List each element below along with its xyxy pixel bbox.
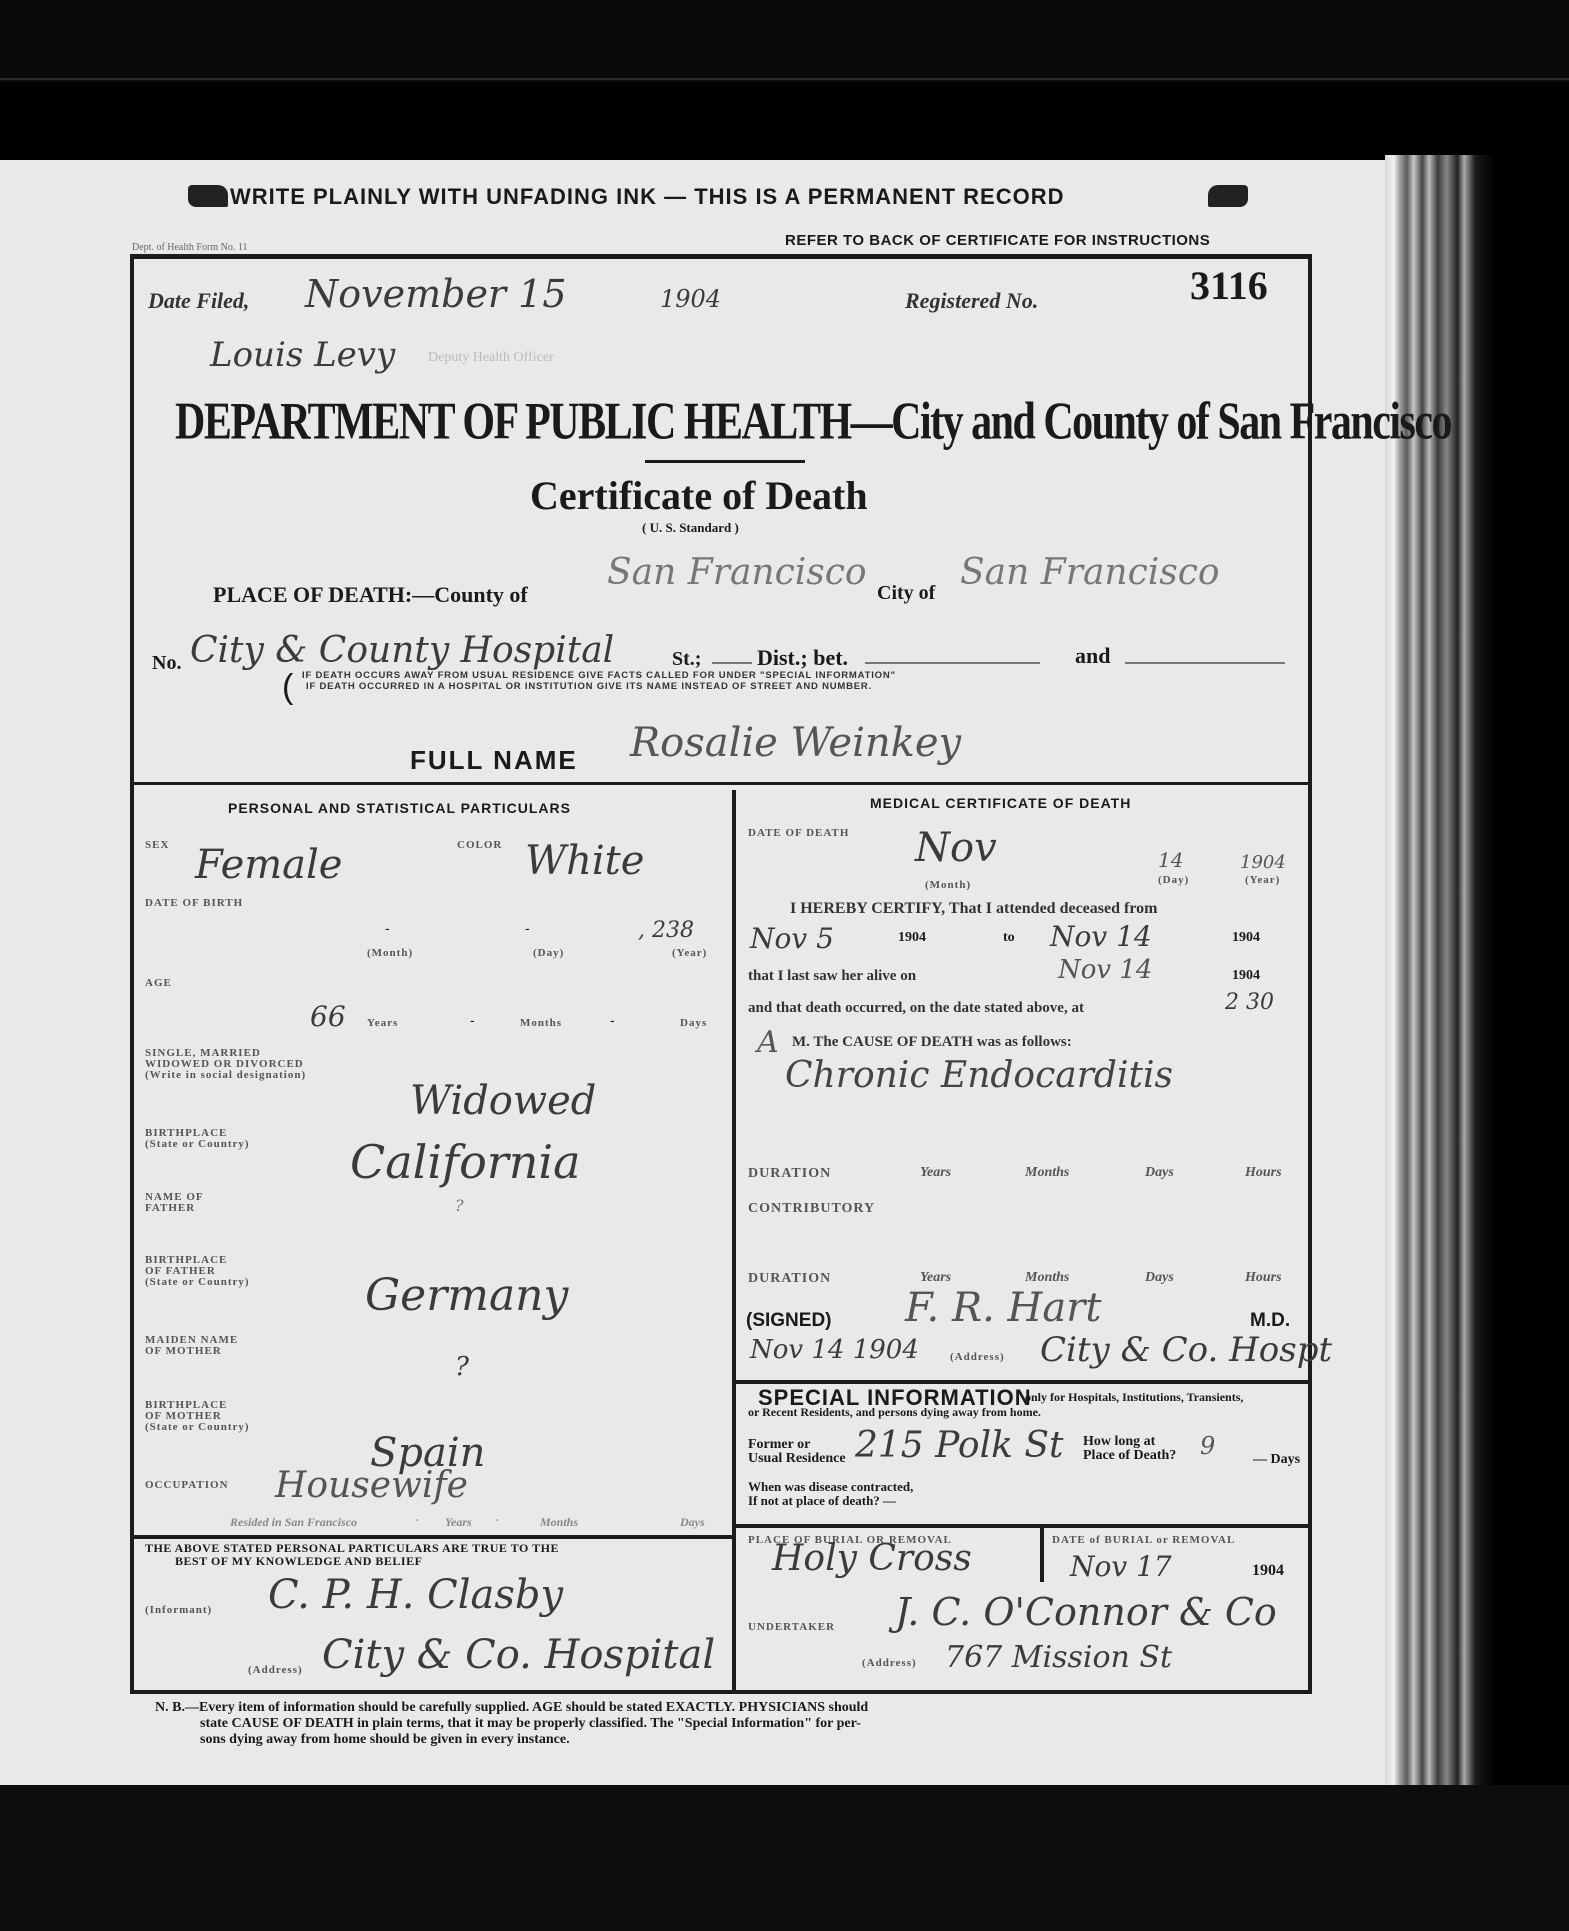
- instructions-note: REFER TO BACK OF CERTIFICATE FOR INSTRUC…: [785, 232, 1210, 249]
- residence-value: 215 Polk St: [855, 1425, 1064, 1466]
- burial-date-label: DATE of BURIAL or REMOVAL: [1052, 1535, 1235, 1546]
- place-note-line-1: IF DEATH OCCURS AWAY FROM USUAL RESIDENC…: [302, 670, 896, 681]
- howlong-days-label: — Days: [1253, 1452, 1300, 1468]
- father-birthplace-label-3: (State or Country): [145, 1277, 250, 1288]
- blank-line: [1125, 662, 1285, 664]
- footer-note: N. B.—Every item of information should b…: [155, 1700, 868, 1748]
- informant-statement-2: BEST OF MY KNOWLEDGE AND BELIEF: [145, 1555, 559, 1568]
- place-note-line-2: IF DEATH OCCURRED IN A HOSPITAL OR INSTI…: [302, 681, 896, 692]
- date-filed-label: Date Filed,: [148, 288, 249, 314]
- full-name-value: Rosalie Weinkey: [630, 720, 961, 766]
- banner-text: WRITE PLAINLY WITH UNFADING INK — THIS I…: [230, 184, 1065, 210]
- pointing-hand-icon: [1208, 185, 1248, 207]
- date-filed-value: November 15: [305, 272, 567, 316]
- sex-value: Female: [195, 842, 342, 888]
- footer-note-1: N. B.—Every item of information should b…: [155, 1700, 868, 1716]
- divider: [134, 1535, 732, 1539]
- physician-address-label: (Address): [950, 1352, 1005, 1363]
- footer-note-3: sons dying away from home should be give…: [155, 1732, 868, 1748]
- duration-days-label: Days: [1145, 1165, 1174, 1181]
- undertaker-address: 767 Mission St: [945, 1640, 1172, 1675]
- residence-label: Former or Usual Residence: [748, 1438, 846, 1466]
- registered-number: 3116: [1190, 262, 1268, 309]
- residence-label-2: Usual Residence: [748, 1452, 846, 1466]
- color-value: White: [525, 838, 644, 884]
- pointing-hand-icon: [188, 185, 228, 207]
- physician-signature: F. R. Hart: [905, 1285, 1101, 1331]
- attended-to: Nov 14: [1050, 920, 1152, 953]
- last-saw-year: 1904: [1232, 968, 1260, 984]
- scanner-bottom-edge: [0, 1785, 1569, 1931]
- duration-years-label-2: Years: [920, 1270, 951, 1286]
- birthplace-label: BIRTHPLACE (State or Country): [145, 1128, 250, 1150]
- day-label: (Day): [533, 948, 564, 959]
- us-standard: ( U. S. Standard ): [642, 520, 739, 536]
- address-value: City & County Hospital: [190, 630, 614, 671]
- mother-name-value: ?: [455, 1352, 469, 1382]
- attended-from: Nov 5: [750, 922, 834, 955]
- death-day: 14: [1158, 848, 1183, 872]
- title-divider: [645, 460, 805, 463]
- mother-birthplace-label: BIRTHPLACE OF MOTHER (State or Country): [145, 1400, 250, 1433]
- mother-name-label: MAIDEN NAME OF MOTHER: [145, 1335, 238, 1357]
- special-heading-small: only for Hospitals, Institutions, Transi…: [1025, 1390, 1243, 1405]
- duration-label: DURATION: [748, 1168, 831, 1179]
- death-day-label: (Day): [1158, 875, 1189, 886]
- mother-name-label-2: OF MOTHER: [145, 1346, 238, 1357]
- footer-note-2: state CAUSE OF DEATH in plain terms, tha…: [155, 1716, 868, 1732]
- md-label: M.D.: [1250, 1310, 1290, 1332]
- howlong-label-1: How long at: [1083, 1435, 1176, 1449]
- registered-label: Registered No.: [905, 288, 1038, 314]
- last-saw-date: Nov 14: [1058, 955, 1152, 985]
- howlong-label: How long at Place of Death?: [1083, 1435, 1176, 1463]
- signed-date: Nov 14 1904: [750, 1335, 919, 1365]
- contracted-label: When was disease contracted, If not at p…: [748, 1480, 913, 1508]
- divider: [736, 1524, 1308, 1528]
- resided-months: -: [495, 1512, 499, 1526]
- age-years-label: Years: [367, 1018, 398, 1029]
- undertaker-label: UNDERTAKER: [748, 1622, 835, 1633]
- death-month-label: (Month): [925, 880, 971, 891]
- age-days-label: Days: [680, 1018, 707, 1029]
- father-name-value: ?: [455, 1196, 464, 1215]
- dob-month: -: [385, 920, 390, 936]
- divider: [736, 1380, 1308, 1384]
- death-year: 1904: [1240, 852, 1286, 873]
- medical-heading: MEDICAL CERTIFICATE OF DEATH: [870, 795, 1131, 811]
- contributory-label: CONTRIBUTORY: [748, 1203, 875, 1214]
- occupation-value: Housewife: [275, 1465, 468, 1506]
- st-label: St.;: [672, 648, 701, 671]
- duration-months-label-2: Months: [1025, 1270, 1069, 1286]
- divider: [134, 782, 1308, 785]
- resided-label: Resided in San Francisco: [230, 1515, 357, 1530]
- resided-days-label: Days: [680, 1515, 705, 1530]
- burial-year: 1904: [1252, 1562, 1284, 1580]
- father-birthplace-label: BIRTHPLACE OF FATHER (State or Country): [145, 1255, 250, 1288]
- duration-label-2: DURATION: [748, 1273, 831, 1284]
- blank-line: [865, 662, 1040, 664]
- duration-days-label-2: Days: [1145, 1270, 1174, 1286]
- father-birthplace-value: Germany: [365, 1270, 568, 1321]
- mother-birthplace-label-3: (State or Country): [145, 1422, 250, 1433]
- contracted-label-2: If not at place of death? —: [748, 1494, 913, 1508]
- dob-year: , 238: [638, 918, 694, 943]
- father-name-label: NAME OF FATHER: [145, 1192, 204, 1214]
- marital-value: Widowed: [410, 1078, 596, 1124]
- signed-label: (SIGNED): [746, 1310, 832, 1332]
- date-of-death-label: DATE OF DEATH: [748, 828, 849, 839]
- scanner-top-edge: [0, 0, 1569, 82]
- color-label: COLOR: [457, 840, 502, 851]
- age-years: 66: [310, 1000, 346, 1033]
- date-filed-year: 1904: [660, 285, 721, 313]
- city-label: City of: [877, 582, 935, 605]
- duration-hours-label: Hours: [1245, 1165, 1282, 1181]
- resided-years: -: [415, 1512, 419, 1526]
- county-value: San Francisco: [607, 552, 867, 593]
- informant-address-label: (Address): [248, 1665, 303, 1676]
- place-note: IF DEATH OCCURS AWAY FROM USUAL RESIDENC…: [302, 670, 896, 692]
- informant-label: (Informant): [145, 1605, 212, 1616]
- year-label: (Year): [672, 948, 707, 959]
- occurred-text: and that death occurred, on the date sta…: [748, 1000, 1084, 1017]
- age-label: AGE: [145, 978, 172, 989]
- duration-months-label: Months: [1025, 1165, 1069, 1181]
- certificate-title: Certificate of Death: [530, 472, 868, 519]
- undertaker-address-label: (Address): [862, 1658, 917, 1669]
- age-months: -: [470, 1012, 475, 1028]
- birthplace-value: California: [350, 1135, 581, 1189]
- am-pm: A: [757, 1025, 779, 1060]
- place-of-death-label: PLACE OF DEATH:—County of: [213, 582, 528, 608]
- certify-text: I HEREBY CERTIFY, That I attended deceas…: [790, 900, 1157, 918]
- howlong-label-2: Place of Death?: [1083, 1449, 1176, 1463]
- registrar-signature: Louis Levy: [210, 335, 395, 375]
- and-label: and: [1075, 643, 1110, 669]
- city-value: San Francisco: [960, 552, 1220, 593]
- physician-address: City & Co. Hospt: [1040, 1330, 1332, 1370]
- marital-label: SINGLE, MARRIED WIDOWED OR DIVORCED (Wri…: [145, 1048, 306, 1081]
- burial-divider: [1040, 1527, 1044, 1582]
- undertaker-name: J. C. O'Connor & Co: [895, 1590, 1277, 1634]
- resided-months-label: Months: [540, 1515, 578, 1530]
- contracted-label-1: When was disease contracted,: [748, 1480, 913, 1494]
- howlong-value: 9: [1200, 1432, 1215, 1460]
- no-label: No.: [152, 652, 181, 675]
- last-saw-text: that I last saw her alive on: [748, 968, 916, 985]
- birthplace-label-2: (State or Country): [145, 1139, 250, 1150]
- death-month: Nov: [915, 825, 997, 871]
- residence-label-1: Former or: [748, 1438, 846, 1452]
- age-months-label: Months: [520, 1018, 562, 1029]
- cause-of-death: Chronic Endocarditis: [785, 1055, 1173, 1096]
- blank-line: [712, 662, 752, 664]
- burial-date: Nov 17: [1070, 1550, 1172, 1583]
- attended-from-year: 1904: [898, 930, 926, 946]
- month-label: (Month): [367, 948, 413, 959]
- column-divider: [732, 790, 736, 1690]
- sex-label: SEX: [145, 840, 169, 851]
- burial-place: Holy Cross: [772, 1538, 972, 1579]
- printer-line: Dept. of Health Form No. 11: [132, 242, 247, 253]
- cause-text: M. The CAUSE OF DEATH was as follows:: [792, 1034, 1072, 1051]
- age-days: -: [610, 1012, 615, 1028]
- marital-label-3: (Write in social designation): [145, 1070, 306, 1081]
- personal-heading: PERSONAL AND STATISTICAL PARTICULARS: [228, 800, 571, 816]
- department-title: DEPARTMENT OF PUBLIC HEALTH—City and Cou…: [175, 392, 1451, 452]
- time-of-death: 2 30: [1225, 990, 1274, 1015]
- informant-address: City & Co. Hospital: [322, 1632, 715, 1678]
- informant-name: C. P. H. Clasby: [268, 1572, 563, 1618]
- registrar-title: Deputy Health Officer: [428, 350, 554, 366]
- note-bracket: (: [282, 668, 293, 707]
- dob-day: -: [525, 920, 530, 936]
- special-heading-line2: or Recent Residents, and persons dying a…: [748, 1405, 1041, 1420]
- informant-statement: THE ABOVE STATED PERSONAL PARTICULARS AR…: [145, 1542, 559, 1568]
- dist-label: Dist.; bet.: [757, 645, 848, 671]
- duration-hours-label-2: Hours: [1245, 1270, 1282, 1286]
- to-label: to: [1003, 930, 1015, 946]
- death-year-label: (Year): [1245, 875, 1280, 886]
- father-name-label-2: FATHER: [145, 1203, 204, 1214]
- dob-label: DATE OF BIRTH: [145, 898, 243, 909]
- attended-to-year: 1904: [1232, 930, 1260, 946]
- full-name-label: FULL NAME: [410, 745, 578, 776]
- duration-years-label: Years: [920, 1165, 951, 1181]
- occupation-label: OCCUPATION: [145, 1480, 229, 1491]
- resided-years-label: Years: [445, 1515, 472, 1530]
